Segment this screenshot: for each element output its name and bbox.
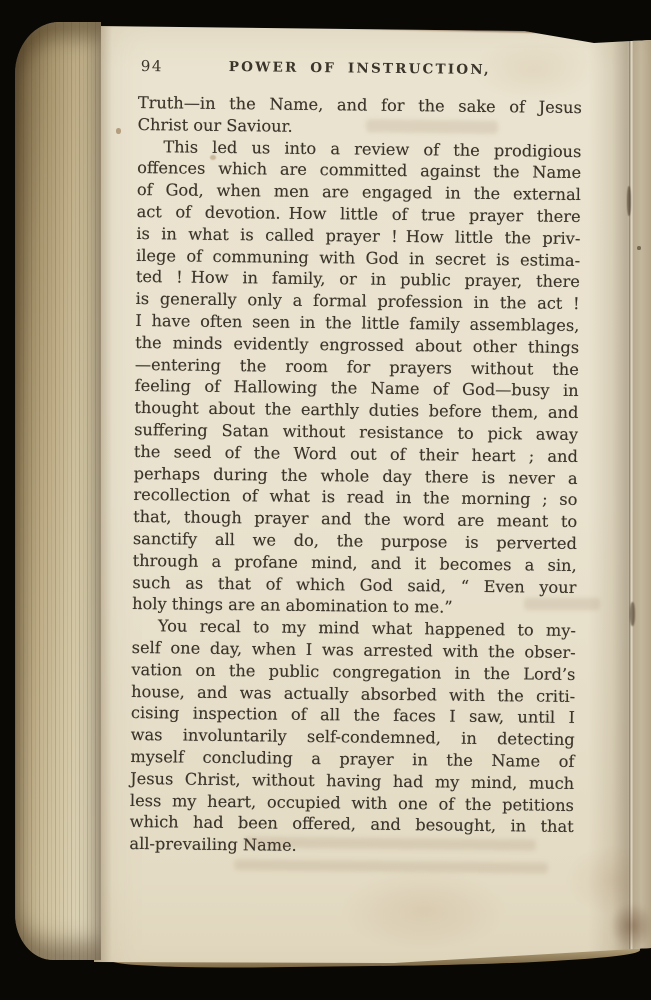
ink-speck (627, 186, 631, 216)
page-text: Truth—in the Name, and for the sake of J… (129, 92, 582, 860)
page-edges-left (15, 22, 101, 960)
browned-top-edge (332, 23, 651, 35)
show-through-text (234, 859, 548, 873)
adjacent-page-edge (633, 0, 651, 1000)
page-edge-streaks (15, 22, 101, 960)
gutter-shadow (588, 0, 632, 1000)
ink-speck (637, 246, 641, 250)
ink-speck (116, 128, 121, 134)
ink-speck (630, 602, 635, 626)
show-through-text (524, 598, 600, 610)
page-number: 94 (141, 57, 163, 75)
corner-stain (610, 903, 651, 949)
running-header: POWER OF INSTRUCTION, (138, 54, 582, 79)
paper-freckle (210, 155, 216, 160)
page-header: 94 POWER OF INSTRUCTION, (138, 54, 582, 83)
book-page: 94 POWER OF INSTRUCTION, Truth—in the Na… (94, 0, 651, 1000)
show-through-text (366, 119, 498, 134)
book-scan-photo: 94 POWER OF INSTRUCTION, Truth—in the Na… (0, 0, 651, 1000)
